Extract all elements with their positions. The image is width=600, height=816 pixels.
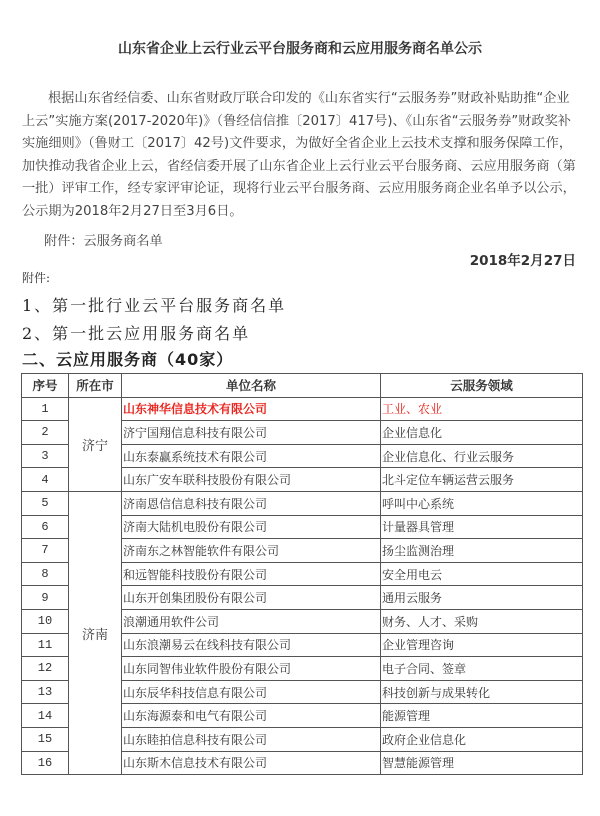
section-heading: 二、云应用服务商（40家） bbox=[22, 347, 233, 370]
row-name: 山东神华信息技术有限公司 bbox=[122, 397, 381, 421]
row-name: 浪潮通用软件公司 bbox=[122, 609, 381, 633]
row-no: 13 bbox=[22, 680, 69, 704]
row-no: 4 bbox=[22, 468, 69, 492]
row-field: 科技创新与成果转化 bbox=[381, 680, 583, 704]
row-field: 北斗定位车辆运营云服务 bbox=[381, 468, 583, 492]
table-row: 1 济宁 山东神华信息技术有限公司 工业、农业 bbox=[22, 397, 583, 421]
city-cell: 济南 bbox=[69, 491, 122, 774]
row-no: 7 bbox=[22, 539, 69, 563]
row-field: 计量器具管理 bbox=[381, 515, 583, 539]
row-name: 山东睦拍信息科技有限公司 bbox=[122, 727, 381, 751]
city-cell: 济宁 bbox=[69, 397, 122, 491]
row-name: 济南大陆机电股份有限公司 bbox=[122, 515, 381, 539]
header-no: 序号 bbox=[22, 374, 69, 398]
row-no: 15 bbox=[22, 727, 69, 751]
row-no: 12 bbox=[22, 657, 69, 681]
row-no: 8 bbox=[22, 562, 69, 586]
row-name: 山东浪潮易云在线科技有限公司 bbox=[122, 633, 381, 657]
provider-table: 序号 所在市 单位名称 云服务领域 1 济宁 山东神华信息技术有限公司 工业、农… bbox=[21, 373, 583, 775]
row-name: 山东泰赢系统技术有限公司 bbox=[122, 444, 381, 468]
row-field: 工业、农业 bbox=[381, 397, 583, 421]
header-city: 所在市 bbox=[69, 374, 122, 398]
row-name: 山东同智伟业软件股份有限公司 bbox=[122, 657, 381, 681]
row-field: 企业信息化 bbox=[381, 421, 583, 445]
announcement-date: 2018年2月27日 bbox=[470, 249, 576, 269]
row-field: 政府企业信息化 bbox=[381, 727, 583, 751]
announcement-paragraph: 根据山东省经信委、山东省财政厅联合印发的《山东省实行“云服务券”财政补贴助推“企… bbox=[22, 88, 582, 224]
row-no: 9 bbox=[22, 586, 69, 610]
row-name: 济宁国翔信息科技有限公司 bbox=[122, 421, 381, 445]
row-no: 3 bbox=[22, 444, 69, 468]
row-field: 扬尘监测治理 bbox=[381, 539, 583, 563]
row-name: 和远智能科技股份有限公司 bbox=[122, 562, 381, 586]
row-field: 能源管理 bbox=[381, 704, 583, 728]
attachment-item-2: 2、第一批云应用服务商名单 bbox=[22, 321, 250, 344]
header-field: 云服务领域 bbox=[381, 374, 583, 398]
row-no: 1 bbox=[22, 397, 69, 421]
row-name: 山东广安车联科技股份有限公司 bbox=[122, 468, 381, 492]
header-name: 单位名称 bbox=[122, 374, 381, 398]
row-no: 10 bbox=[22, 609, 69, 633]
row-no: 16 bbox=[22, 751, 69, 775]
row-field: 电子合同、签章 bbox=[381, 657, 583, 681]
row-field: 财务、人才、采购 bbox=[381, 609, 583, 633]
row-no: 11 bbox=[22, 633, 69, 657]
attachment-reference: 附件：云服务商名单 bbox=[44, 230, 163, 249]
attachment-item-1: 1、第一批行业云平台服务商名单 bbox=[22, 293, 286, 316]
row-no: 14 bbox=[22, 704, 69, 728]
row-no: 5 bbox=[22, 491, 69, 515]
row-name: 山东海源泰和电气有限公司 bbox=[122, 704, 381, 728]
table-header-row: 序号 所在市 单位名称 云服务领域 bbox=[22, 374, 583, 398]
row-name: 济南东之林智能软件有限公司 bbox=[122, 539, 381, 563]
row-field: 安全用电云 bbox=[381, 562, 583, 586]
row-no: 6 bbox=[22, 515, 69, 539]
attachment-label: 附件: bbox=[22, 269, 50, 286]
row-field: 企业管理咨询 bbox=[381, 633, 583, 657]
page-title: 山东省企业上云行业云平台服务商和云应用服务商名单公示 bbox=[0, 38, 600, 58]
row-name: 山东斯木信息技术有限公司 bbox=[122, 751, 381, 775]
row-name: 山东开创集团股份有限公司 bbox=[122, 586, 381, 610]
row-field: 通用云服务 bbox=[381, 586, 583, 610]
row-field: 智慧能源管理 bbox=[381, 751, 583, 775]
table-row: 5 济南 济南恩信信息科技有限公司 呼叫中心系统 bbox=[22, 491, 583, 515]
row-name: 山东辰华科技信息有限公司 bbox=[122, 680, 381, 704]
row-no: 2 bbox=[22, 421, 69, 445]
row-name: 济南恩信信息科技有限公司 bbox=[122, 491, 381, 515]
row-field: 企业信息化、行业云服务 bbox=[381, 444, 583, 468]
row-field: 呼叫中心系统 bbox=[381, 491, 583, 515]
